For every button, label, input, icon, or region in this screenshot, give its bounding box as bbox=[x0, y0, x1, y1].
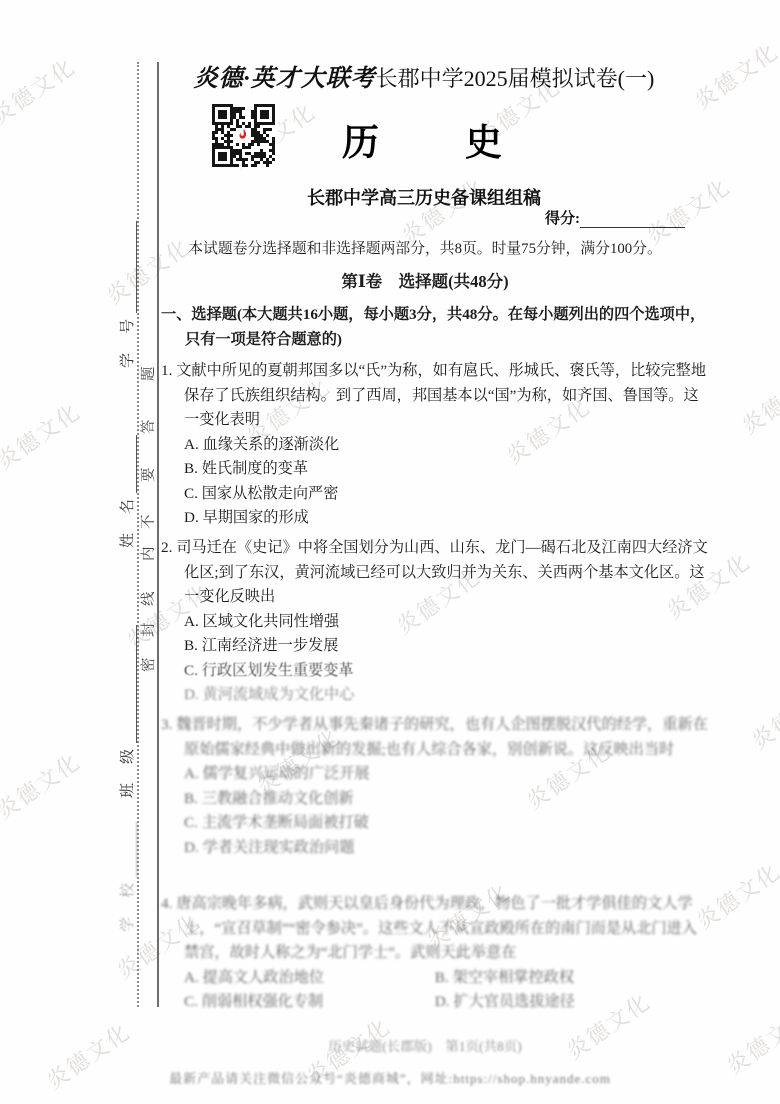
exam-title: 炎德·英才大联考长郡中学2025届模拟试卷(一) bbox=[160, 58, 688, 93]
exam-title-rest: 长郡中学2025届模拟试卷(一) bbox=[376, 66, 655, 91]
field-student-id-label: 学 号 bbox=[120, 317, 136, 368]
question-2-option-d: D. 黄河流域成为文化中心 bbox=[184, 683, 712, 708]
watermark-text: 炎德文化 bbox=[688, 35, 780, 115]
exam-notice: 本试题卷分选择题和非选择题两部分，共8页。时量75分钟，满分100分。 bbox=[161, 237, 689, 262]
question-1-option-b: B. 姓氏制度的变革 bbox=[184, 457, 712, 482]
part1-heading: 第Ⅰ卷 选择题(共48分) bbox=[161, 270, 689, 295]
watermark-text: 炎德文化 bbox=[0, 745, 86, 825]
question-1-options: A. 血缘关系的逐渐淡化 B. 姓氏制度的变革 C. 国家从松散走向严密 D. … bbox=[184, 433, 712, 531]
name-blank bbox=[123, 435, 137, 493]
seal-solid-line bbox=[157, 62, 159, 1007]
question-4-options-row-1: A. 提高文人政治地位 B. 架空宰相掌控政权 bbox=[184, 966, 712, 991]
student-id-blank bbox=[123, 221, 137, 313]
score-row: 得分: bbox=[545, 207, 685, 228]
question-2-stem: 2. 司马迁在《史记》中将全国划分为山西、山东、龙门—碣石北及江南四大经济文化区… bbox=[184, 536, 712, 610]
question-1-option-c: C. 国家从松散走向严密 bbox=[184, 482, 712, 507]
watermark-text: 炎德文化 bbox=[745, 675, 780, 755]
scanned-exam-page: { "header": { "brand": "炎德·英才大联考", "exam… bbox=[0, 0, 780, 1104]
seal-dotted-line bbox=[137, 62, 139, 1007]
question-2-options: A. 区域文化共同性增强 B. 江南经济进一步发展 C. 行政区划发生重要变革 … bbox=[184, 610, 712, 708]
question-3-stem: 3. 魏晋时期，不少学者从事先秦诸子的研究，也有人企图摆脱汉代的经学，重新在原始… bbox=[184, 713, 712, 762]
seal-char-da: 答 bbox=[141, 418, 157, 434]
seal-char-mi: 密 bbox=[141, 656, 157, 672]
question-4-option-a: A. 提高文人政治地位 bbox=[184, 966, 431, 991]
score-label: 得分: bbox=[545, 211, 580, 227]
field-school-label: 学 校 bbox=[120, 881, 136, 932]
watermark-text: 炎德文化 bbox=[0, 50, 81, 130]
question-4-options: A. 提高文人政治地位 B. 架空宰相掌控政权 C. 削弱相权强化专制 D. 扩… bbox=[184, 966, 712, 1015]
subject-title: 历 史 bbox=[160, 112, 688, 166]
seal-char-bu: 不 bbox=[141, 513, 157, 529]
school-blank bbox=[123, 822, 137, 877]
promo-line: 最新产品请关注微信公众号“炎德商城”，网址:https://shop.hnyan… bbox=[0, 1068, 780, 1087]
question-4-stem: 4. 唐高宗晚年多病，武则天以皇后身份代为理政，物色了一批才学俱佳的文人学士，“… bbox=[184, 892, 712, 966]
question-3-options: A. 儒学复兴运动的广泛开展 B. 三教融合推动文化创新 C. 主流学术垄断局面… bbox=[184, 762, 712, 860]
page-footer: 历史试题(长郡版) 第1页(共8页) bbox=[161, 1035, 689, 1055]
seal-char-yao: 要 bbox=[141, 466, 157, 482]
seal-char-ti: 题 bbox=[141, 365, 157, 381]
section1-heading: 一、选择题(本大题共16小题，每小题3分，共48分。在每小题列出的四个选项中，只… bbox=[161, 303, 713, 352]
question-3-option-c: C. 主流学术垄断局面被打破 bbox=[184, 811, 712, 836]
question-3: 3. 魏晋时期，不少学者从事先秦诸子的研究，也有人企图摆脱汉代的经学，重新在原始… bbox=[161, 713, 712, 860]
field-name: 姓 名 bbox=[116, 435, 137, 548]
question-4-option-c: C. 削弱相权强化专制 bbox=[184, 990, 431, 1015]
question-4-options-row-2: C. 削弱相权强化专制 D. 扩大官员选拔途径 bbox=[184, 990, 712, 1015]
question-2-option-c: C. 行政区划发生重要变革 bbox=[184, 659, 712, 684]
question-1-stem: 1. 文献中所见的夏朝邦国多以“氏”为称，如有扈氏、彤城氏、褒氏等，比较完整地保… bbox=[184, 359, 712, 433]
question-1-option-d: D. 早期国家的形成 bbox=[184, 506, 712, 531]
field-name-label: 姓 名 bbox=[120, 497, 136, 548]
field-class: 班 级 bbox=[116, 625, 137, 798]
seal-char-feng: 封 bbox=[141, 621, 157, 637]
field-student-id: 学 号 bbox=[116, 221, 137, 368]
question-3-option-b: B. 三教融合推动文化创新 bbox=[184, 787, 712, 812]
watermark-text: 炎德文化 bbox=[735, 360, 780, 440]
watermark-text: 炎德文化 bbox=[0, 395, 86, 475]
class-blank bbox=[123, 625, 137, 743]
question-2-option-b: B. 江南经济进一步发展 bbox=[184, 634, 712, 659]
question-1: 1. 文献中所见的夏朝邦国多以“氏”为称，如有扈氏、彤城氏、褒氏等，比较完整地保… bbox=[161, 359, 712, 531]
field-school: 学 校 bbox=[116, 822, 137, 932]
seal-char-nei: 内 bbox=[141, 545, 157, 561]
question-4: 4. 唐高宗晚年多病，武则天以皇后身份代为理政，物色了一批才学俱佳的文人学士，“… bbox=[161, 892, 712, 1015]
score-blank bbox=[580, 213, 685, 228]
field-class-label: 班 级 bbox=[120, 747, 136, 798]
question-3-option-a: A. 儒学复兴运动的广泛开展 bbox=[184, 762, 712, 787]
question-2: 2. 司马迁在《史记》中将全国划分为山西、山东、龙门—碣石北及江南四大经济文化区… bbox=[161, 536, 712, 708]
seal-char-xian: 线 bbox=[141, 590, 157, 606]
question-4-option-b: B. 架空宰相掌控政权 bbox=[435, 966, 682, 991]
question-1-option-a: A. 血缘关系的逐渐淡化 bbox=[184, 433, 712, 458]
question-2-option-a: A. 区域文化共同性增强 bbox=[184, 610, 712, 635]
brand-name: 炎德·英才大联考 bbox=[194, 66, 376, 92]
question-3-option-d: D. 学者关注现实政治问题 bbox=[184, 836, 712, 861]
question-4-option-d: D. 扩大官员选拔途径 bbox=[435, 990, 682, 1015]
